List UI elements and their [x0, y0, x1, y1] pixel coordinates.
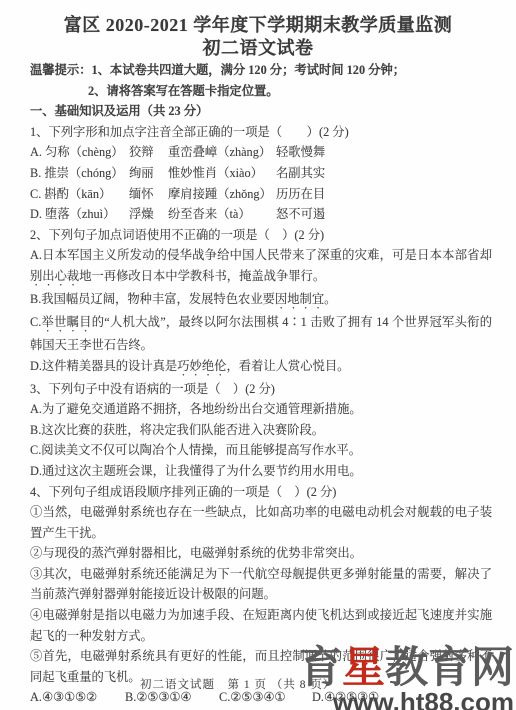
q2-a-post: 地一再修改日本中学教科书，掩盖战争罪行。 — [79, 269, 325, 283]
q2-c-post: 的“人机大战”，最终以阿尔法围棋 4∶1 击败了拥有 14 个世界冠军头衔的韩国… — [30, 315, 492, 352]
page-title: 富区 2020-2021 学年度下学期期末教学质量监测 — [0, 14, 516, 37]
q2-option-b: B.我国幅员辽阔，物种丰富，发展特色农业要因地制宜。 — [30, 289, 492, 312]
q1-d-word2: 浮燥 — [129, 204, 168, 225]
q3-option-c: C.阅读美文不仅可以陶冶个人情操，而且能够提高写作水平。 — [30, 440, 492, 461]
q1-option-c: C. 斟酌（kān） 缅怀 摩肩接踵（zhǒng） 历历在目 — [30, 184, 492, 205]
q3-option-b: B.这次比赛的获胜，将决定我们队能否进入决赛阶段。 — [30, 420, 492, 441]
watermark-star-char: 星 — [342, 644, 385, 692]
watermark-url: www.ht88.com — [299, 690, 514, 710]
q2-stem: 2、下列句子加点词语使用不正确的一项是（ ）(2 分) — [30, 225, 492, 246]
q1-option-a: A. 匀称（chèng） 狡辩 重峦叠嶂（zhàng） 轻歌慢舞 — [30, 142, 492, 163]
q2-option-d: D.这件精美器具的设计真是巧妙绝伦，看着让人赏心悦目。 — [30, 356, 492, 379]
watermark-site-name: 育星教育网 — [299, 646, 514, 690]
q2-d-pre: D.这件精美器具的设计真是 — [30, 359, 177, 373]
q1-a-word3: 重峦叠嶂（zhàng） — [168, 142, 276, 163]
q1-b-word4: 名副其实 — [276, 163, 492, 184]
q2-b-post: 。 — [324, 292, 336, 306]
q1-d-word3: 纷至沓来（tà） — [168, 204, 276, 225]
q1-b-word1: B. 推崇（chóng） — [30, 163, 129, 184]
q1-b-word2: 绚丽 — [129, 163, 168, 184]
q1-b-word3: 惟妙惟肖（xiào） — [168, 163, 276, 184]
exam-page: 富区 2020-2021 学年度下学期期末教学质量监测 初二语文试卷 温馨提示：… — [0, 0, 516, 710]
q1-option-b: B. 推崇（chóng） 绚丽 惟妙惟肖（xiào） 名副其实 — [30, 163, 492, 184]
q2-a-pre: A.日本军国主义所发动的侵华战争给中国人民带来了深重的灾难，可是日本本部省却 — [30, 248, 492, 262]
q2-option-a: A.日本军国主义所发动的侵华战争给中国人民带来了深重的灾难，可是日本本部省却别出… — [30, 245, 492, 289]
q2-a-dotted-phrase: 别出心裁 — [30, 269, 79, 283]
tips-line-2: 2、请将答案写在答题卡指定位置。 — [30, 81, 492, 102]
q1-c-word3: 摩肩接踵（zhǒng） — [168, 184, 276, 205]
q1-d-word4: 怒不可遏 — [276, 204, 492, 225]
q4-sentence-2: ②与现役的蒸汽弹射器相比，电磁弹射系统的优势非常突出。 — [30, 543, 492, 564]
q4-sentence-1: ①当然，电磁弹射系统也存在一些缺点，比如高功率的电磁电动机会对舰载的电子装置产生… — [30, 502, 492, 543]
q4-stem: 4、下列句子组成语段顺序排列正确的一项是（ ）(2 分) — [30, 482, 492, 503]
q3-option-a: A.为了避免交通道路不拥挤，各地纷纷出台交通管理新措施。 — [30, 399, 492, 420]
tips-line-1: 温馨提示：1、本试卷共四道大题，满分 120 分；考试时间 120 分钟； — [30, 60, 492, 81]
q1-a-word4: 轻歌慢舞 — [276, 142, 492, 163]
q4-answer-a: A.④③①⑤② — [30, 687, 125, 708]
watermark: 育星教育网 www.ht88.com — [299, 646, 514, 710]
watermark-cn-part2: 教育网 — [385, 644, 514, 692]
q1-a-word1: A. 匀称（chèng） — [30, 142, 129, 163]
q3-stem: 3、下列句子中没有语病的一项是（ ）(2 分) — [30, 379, 492, 400]
q2-d-post: ，看着让人赏心悦目。 — [226, 359, 349, 373]
q3-option-d: D.通过这次主题班会课，让我懂得了为什么要节约用水用电。 — [30, 461, 492, 482]
q1-d-word1: D. 堕落（zhuì） — [30, 204, 129, 225]
q2-b-dotted-phrase: 因地制宜 — [275, 292, 324, 306]
q2-c-dotted-phrase: 举世瞩目 — [41, 315, 91, 329]
q4-sentence-3: ③其次，电磁弹射系统还能满足为下一代航空母舰提供更多弹射能量的需要，解决了当前蒸… — [30, 564, 492, 605]
q4-sentence-4: ④电磁弹射是指以电磁力为加速手段、在短距离内使飞机达到或接近起飞速度并实施起飞的… — [30, 605, 492, 646]
q2-b-pre: B.我国幅员辽阔，物种丰富，发展特色农业要 — [30, 292, 275, 306]
q1-c-word2: 缅怀 — [129, 184, 168, 205]
q1-c-word4: 历历在目 — [276, 184, 492, 205]
q1-a-word2: 狡辩 — [129, 142, 168, 163]
exam-body: 温馨提示：1、本试卷共四道大题，满分 120 分；考试时间 120 分钟； 2、… — [30, 60, 492, 708]
page-subtitle: 初二语文试卷 — [0, 37, 516, 60]
q2-option-c: C.举世瞩目的“人机大战”，最终以阿尔法围棋 4∶1 击败了拥有 14 个世界冠… — [30, 312, 492, 356]
q1-c-word1: C. 斟酌（kān） — [30, 184, 129, 205]
watermark-cn-part1: 育 — [299, 644, 342, 692]
q2-d-dotted-phrase: 巧妙绝伦 — [177, 359, 226, 373]
q1-option-d: D. 堕落（zhuì） 浮燥 纷至沓来（tà） 怒不可遏 — [30, 204, 492, 225]
section-1-heading: 一、基础知识及运用（共 23 分） — [30, 101, 492, 122]
q2-c-pre: C. — [30, 315, 41, 329]
q1-stem: 1、下列字形和加点字注音全部正确的一项是（ ）(2 分) — [30, 122, 492, 143]
